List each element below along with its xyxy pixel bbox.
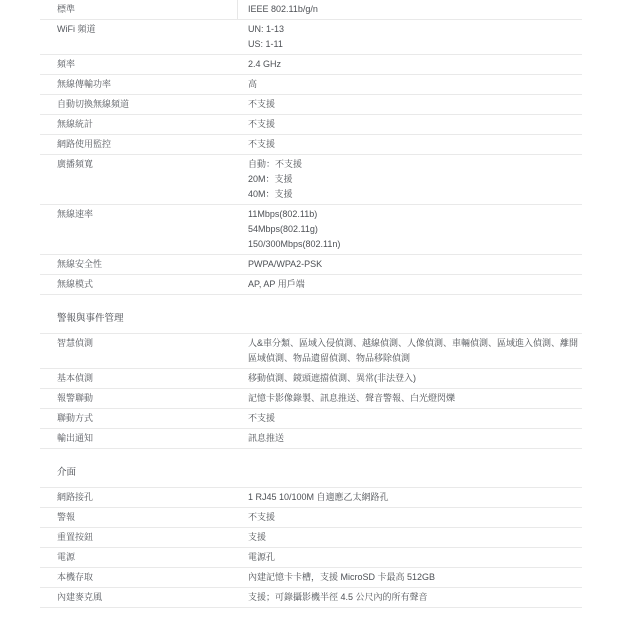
spec-value-line: 不支援 <box>248 137 578 152</box>
spec-row: 智慧偵測人&車分類、區域入侵偵測、越線偵測、人像偵測、車輛偵測、區域進入偵測、離… <box>40 334 582 369</box>
spec-value: UN: 1-13US: 1-11 <box>248 22 582 52</box>
spec-label: 報警聯動 <box>40 391 248 406</box>
spec-row: 標準IEEE 802.11b/g/n <box>40 0 582 20</box>
spec-label: 網路使用監控 <box>40 137 248 152</box>
spec-row: 報警聯動記憶卡影像錄製、訊息推送、聲音警報、白光燈閃爍 <box>40 389 582 409</box>
column-divider-stub <box>237 0 238 19</box>
spec-value: 高 <box>248 77 582 92</box>
spec-value-line: 54Mbps(802.11g) <box>248 222 578 237</box>
spec-row: 警報不支援 <box>40 508 582 528</box>
spec-value: 11Mbps(802.11b)54Mbps(802.11g)150/300Mbp… <box>248 207 582 252</box>
spec-label: 內建麥克風 <box>40 590 248 605</box>
spec-label: 無線統計 <box>40 117 248 132</box>
spec-value-line: US: 1-11 <box>248 37 578 52</box>
spec-value: 電源孔 <box>248 550 582 565</box>
spec-value-line: 40M：支援 <box>248 187 578 202</box>
spec-value: 記憶卡影像錄製、訊息推送、聲音警報、白光燈閃爍 <box>248 391 582 406</box>
spec-value: 1 RJ45 10/100M 自適應乙太網路孔 <box>248 490 582 505</box>
spec-value-line: 記憶卡影像錄製、訊息推送、聲音警報、白光燈閃爍 <box>248 391 578 406</box>
spec-value: 不支援 <box>248 411 582 426</box>
spec-value: 自動：不支援20M：支援40M：支援 <box>248 157 582 202</box>
spec-row: 輸出通知訊息推送 <box>40 429 582 449</box>
spec-value-line: 自動：不支援 <box>248 157 578 172</box>
spec-value-line: 不支援 <box>248 510 578 525</box>
section-header: 警報與事件管理 <box>40 295 582 334</box>
spec-row: 無線速率11Mbps(802.11b)54Mbps(802.11g)150/30… <box>40 205 582 255</box>
spec-value: 移動偵測、鏡頭遮擋偵測、異常(非法登入) <box>248 371 582 386</box>
spec-value-line: 高 <box>248 77 578 92</box>
spec-section: 介面網路接孔1 RJ45 10/100M 自適應乙太網路孔警報不支援重置按鈕支援… <box>40 449 582 608</box>
spec-value: 支援 <box>248 530 582 545</box>
spec-value: 2.4 GHz <box>248 57 582 72</box>
spec-label: WiFi 頻道 <box>40 22 248 37</box>
spec-label: 自動切換無線頻道 <box>40 97 248 112</box>
spec-value: 不支援 <box>248 137 582 152</box>
spec-value-line: 不支援 <box>248 97 578 112</box>
spec-label: 重置按鈕 <box>40 530 248 545</box>
spec-label: 基本偵測 <box>40 371 248 386</box>
spec-row: 電源電源孔 <box>40 548 582 568</box>
spec-value-line: 人&車分類、區域入侵偵測、越線偵測、人像偵測、車輛偵測、區域進入偵測、離開區域偵… <box>248 336 578 366</box>
spec-row: 內建麥克風支援；可錄攝影機半徑 4.5 公尺內的所有聲音 <box>40 588 582 608</box>
spec-value-line: PWPA/WPA2-PSK <box>248 257 578 272</box>
spec-label: 無線模式 <box>40 277 248 292</box>
spec-value-line: 不支援 <box>248 117 578 132</box>
spec-value-line: 2.4 GHz <box>248 57 578 72</box>
spec-label: 標準 <box>40 2 248 17</box>
spec-value: AP, AP 用戶端 <box>248 277 582 292</box>
spec-row: 網路使用監控不支援 <box>40 135 582 155</box>
spec-row: 頻率2.4 GHz <box>40 55 582 75</box>
spec-label: 網路接孔 <box>40 490 248 505</box>
spec-value-line: 11Mbps(802.11b) <box>248 207 578 222</box>
spec-value-line: 支援；可錄攝影機半徑 4.5 公尺內的所有聲音 <box>248 590 578 605</box>
spec-table: 標準IEEE 802.11b/g/nWiFi 頻道UN: 1-13US: 1-1… <box>40 0 582 608</box>
spec-value: 不支援 <box>248 117 582 132</box>
spec-section: 警報與事件管理智慧偵測人&車分類、區域入侵偵測、越線偵測、人像偵測、車輛偵測、區… <box>40 295 582 449</box>
spec-value: IEEE 802.11b/g/n <box>248 2 582 17</box>
spec-value-line: 電源孔 <box>248 550 578 565</box>
spec-row: WiFi 頻道UN: 1-13US: 1-11 <box>40 20 582 55</box>
spec-value-line: IEEE 802.11b/g/n <box>248 2 578 17</box>
spec-value: 支援；可錄攝影機半徑 4.5 公尺內的所有聲音 <box>248 590 582 605</box>
spec-label: 警報 <box>40 510 248 525</box>
spec-value-line: 20M：支援 <box>248 172 578 187</box>
section-header: 介面 <box>40 449 582 488</box>
spec-label: 廣播頻寬 <box>40 157 248 172</box>
spec-value-line: 1 RJ45 10/100M 自適應乙太網路孔 <box>248 490 578 505</box>
spec-value-line: 移動偵測、鏡頭遮擋偵測、異常(非法登入) <box>248 371 578 386</box>
spec-row: 網路接孔1 RJ45 10/100M 自適應乙太網路孔 <box>40 488 582 508</box>
spec-value: 不支援 <box>248 97 582 112</box>
spec-value-line: AP, AP 用戶端 <box>248 277 578 292</box>
spec-value: PWPA/WPA2-PSK <box>248 257 582 272</box>
spec-label: 無線速率 <box>40 207 248 222</box>
spec-row: 無線傳輸功率高 <box>40 75 582 95</box>
spec-row: 無線模式AP, AP 用戶端 <box>40 275 582 295</box>
spec-section: 標準IEEE 802.11b/g/nWiFi 頻道UN: 1-13US: 1-1… <box>40 0 582 295</box>
spec-row: 重置按鈕支援 <box>40 528 582 548</box>
spec-row: 聯動方式不支援 <box>40 409 582 429</box>
spec-value: 內建記憶卡卡槽，支援 MicroSD 卡最高 512GB <box>248 570 582 585</box>
spec-value-line: 訊息推送 <box>248 431 578 446</box>
spec-label: 無線安全性 <box>40 257 248 272</box>
spec-row: 基本偵測移動偵測、鏡頭遮擋偵測、異常(非法登入) <box>40 369 582 389</box>
spec-label: 電源 <box>40 550 248 565</box>
spec-label: 聯動方式 <box>40 411 248 426</box>
spec-value-line: UN: 1-13 <box>248 22 578 37</box>
spec-row: 廣播頻寬自動：不支援20M：支援40M：支援 <box>40 155 582 205</box>
spec-row: 無線安全性PWPA/WPA2-PSK <box>40 255 582 275</box>
spec-value: 不支援 <box>248 510 582 525</box>
spec-value-line: 150/300Mbps(802.11n) <box>248 237 578 252</box>
spec-value-line: 不支援 <box>248 411 578 426</box>
spec-label: 輸出通知 <box>40 431 248 446</box>
spec-value-line: 支援 <box>248 530 578 545</box>
spec-label: 智慧偵測 <box>40 336 248 351</box>
spec-row: 自動切換無線頻道不支援 <box>40 95 582 115</box>
spec-value: 人&車分類、區域入侵偵測、越線偵測、人像偵測、車輛偵測、區域進入偵測、離開區域偵… <box>248 336 582 366</box>
spec-row: 本機存取內建記憶卡卡槽，支援 MicroSD 卡最高 512GB <box>40 568 582 588</box>
spec-label: 無線傳輸功率 <box>40 77 248 92</box>
spec-label: 頻率 <box>40 57 248 72</box>
spec-label: 本機存取 <box>40 570 248 585</box>
spec-row: 無線統計不支援 <box>40 115 582 135</box>
spec-value-line: 內建記憶卡卡槽，支援 MicroSD 卡最高 512GB <box>248 570 578 585</box>
spec-value: 訊息推送 <box>248 431 582 446</box>
